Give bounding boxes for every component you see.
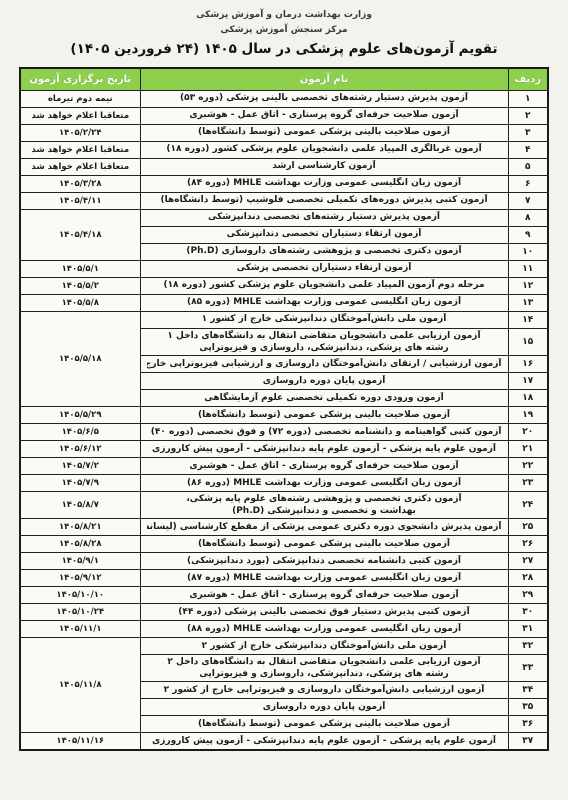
exam-name-cell: آزمون دکتری تخصصی و پژوهشی رشته‌های علوم… <box>140 491 508 518</box>
exam-name-cell: آزمون پذیرش دستیار رشته‌های تخصصی بالینی… <box>140 90 508 107</box>
row-number-cell: ۳۷ <box>508 733 548 750</box>
exam-name-cell: آزمون کارشناسی ارشد <box>140 158 508 175</box>
exam-name-line: آزمون ارزیابی علمی دانشجویان متقاضی انتق… <box>147 330 502 342</box>
exam-name-cell: آزمون پایان دوره داروسازی <box>140 372 508 389</box>
exam-name-line: آزمون صلاحیت بالینی پزشکی عمومی (توسط دا… <box>147 538 502 550</box>
exam-name-cell: آزمون صلاحیت حرفه‌ای گروه پرستاری - اتاق… <box>140 457 508 474</box>
exam-name-line: آزمون زبان انگلیسی عمومی وزارت بهداشت MH… <box>147 296 502 308</box>
row-number-cell: ۲۶ <box>508 536 548 553</box>
document-header: وزارت بهداشت درمان و آموزش پزشکی مرکز سن… <box>0 10 568 57</box>
exam-name-cell: آزمون علوم پایه پزشکی - آزمون علوم پایه … <box>140 733 508 750</box>
exam-name-line: آزمون زبان انگلیسی عمومی وزارت بهداشت MH… <box>147 623 502 635</box>
table-row: ۶آزمون زبان انگلیسی عمومی وزارت بهداشت M… <box>20 175 548 192</box>
table-row: ۲۴آزمون دکتری تخصصی و پژوهشی رشته‌های عل… <box>20 491 548 518</box>
exam-name-line: آزمون پذیرش دانشجوی دوره دکتری عمومی پزش… <box>147 521 502 533</box>
table-row: ۳۷آزمون علوم پایه پزشکی - آزمون علوم پای… <box>20 733 548 750</box>
table-row: ۳۰آزمون کتبی پذیرش دستیار فوق تخصصی بالی… <box>20 604 548 621</box>
table-header-row: ردیف نام آزمون تاریخ برگزاری آزمون <box>20 68 548 90</box>
table-body: ۱آزمون پذیرش دستیار رشته‌های تخصصی بالین… <box>20 90 548 750</box>
exam-date-cell: ۱۴۰۵/۵/۱۸ <box>20 311 140 406</box>
exam-date-cell: ۱۴۰۵/۴/۱۱ <box>20 192 140 209</box>
exam-name-line: آزمون غربالگری المپیاد علمی دانشجویان عل… <box>147 143 502 155</box>
page-title: تقویم آزمون‌های علوم پزشکی در سال ۱۴۰۵ (… <box>0 41 568 57</box>
table-row: ۸آزمون پذیرش دستیار رشته‌های تخصصی دندان… <box>20 209 548 226</box>
exam-name-line: آزمون کتبی گواهینامه و دانشنامه تخصصی (د… <box>147 426 502 438</box>
exam-name-line: آزمون صلاحیت حرفه‌ای گروه پرستاری - اتاق… <box>147 109 502 121</box>
table-row: ۲آزمون صلاحیت حرفه‌ای گروه پرستاری - اتا… <box>20 107 548 124</box>
row-number-cell: ۲۸ <box>508 570 548 587</box>
exam-date-cell: ۱۴۰۵/۱۰/۲۴ <box>20 604 140 621</box>
row-number-cell: ۵ <box>508 158 548 175</box>
exam-name-line: آزمون زبان انگلیسی عمومی وزارت بهداشت MH… <box>147 477 502 489</box>
exam-name-cell: آزمون صلاحیت حرفه‌ای گروه پرستاری - اتاق… <box>140 587 508 604</box>
col-header-row-number: ردیف <box>508 68 548 90</box>
exam-name-cell: آزمون ملی دانش‌آموختگان دندانپزشکی خارج … <box>140 638 508 655</box>
row-number-cell: ۱۶ <box>508 355 548 372</box>
exam-name-line2: رشته های پزشکی، دندانپزشکی، داروسازی و ف… <box>147 668 502 680</box>
exam-date-cell: ۱۴۰۵/۳/۲۸ <box>20 175 140 192</box>
exam-name-cell: آزمون ملی دانش‌آموختگان دندانپزشکی خارج … <box>140 311 508 328</box>
row-number-cell: ۱ <box>508 90 548 107</box>
exam-date-cell: ۱۴۰۵/۶/۱۲ <box>20 440 140 457</box>
table-row: ۱۴آزمون ملی دانش‌آموختگان دندانپزشکی خار… <box>20 311 548 328</box>
table-row: ۱۹آزمون صلاحیت بالینی پزشکی عمومی (توسط … <box>20 406 548 423</box>
exam-name-cell: آزمون ارزشیابی دانش‌آموختگان داروسازی و … <box>140 682 508 699</box>
exam-name-cell: آزمون ورودی دوره تکمیلی تخصصی علوم آزمای… <box>140 389 508 406</box>
row-number-cell: ۱۸ <box>508 389 548 406</box>
row-number-cell: ۲۰ <box>508 423 548 440</box>
exam-name-cell: آزمون زبان انگلیسی عمومی وزارت بهداشت MH… <box>140 474 508 491</box>
table-row: ۳۲آزمون ملی دانش‌آموختگان دندانپزشکی خار… <box>20 638 548 655</box>
exam-date-cell: متعاقبا اعلام خواهد شد <box>20 107 140 124</box>
exam-name-cell: آزمون کتبی پذیرش دوره‌های تکمیلی تخصصی ف… <box>140 192 508 209</box>
exam-calendar-table: ردیف نام آزمون تاریخ برگزاری آزمون ۱آزمو… <box>19 67 549 751</box>
exam-name-line2: رشته های پزشکی، دندانپزشکی، داروسازی و ف… <box>147 342 502 354</box>
document-page: وزارت بهداشت درمان و آموزش پزشکی مرکز سن… <box>0 0 568 800</box>
table-row: ۱۱آزمون ارتقاء دستیاران تخصصی پزشکی۱۴۰۵/… <box>20 260 548 277</box>
exam-name-line: آزمون صلاحیت بالینی پزشکی عمومی (توسط دا… <box>147 718 502 730</box>
row-number-cell: ۶ <box>508 175 548 192</box>
exam-name-cell: آزمون پذیرش دانشجوی دوره دکتری عمومی پزش… <box>140 519 508 536</box>
row-number-cell: ۲۲ <box>508 457 548 474</box>
exam-date-cell: ۱۴۰۵/۸/۲۸ <box>20 536 140 553</box>
exam-name-line: آزمون پذیرش دستیار رشته‌های تخصصی دندانپ… <box>147 211 502 223</box>
exam-date-cell: ۱۴۰۵/۵/۱ <box>20 260 140 277</box>
exam-name-line: آزمون ارزشیابی دانش‌آموختگان داروسازی و … <box>147 684 502 696</box>
table-row: ۲۰آزمون کتبی گواهینامه و دانشنامه تخصصی … <box>20 423 548 440</box>
exam-date-cell: ۱۴۰۵/۹/۱ <box>20 553 140 570</box>
col-header-exam-name: نام آزمون <box>140 68 508 90</box>
row-number-cell: ۳۵ <box>508 699 548 716</box>
exam-date-cell: ۱۴۰۵/۱۱/۱۶ <box>20 733 140 750</box>
exam-date-cell: ۱۴۰۵/۵/۲ <box>20 277 140 294</box>
exam-name-line: آزمون کتبی دانشنامه تخصصی دندانپزشکی (بو… <box>147 555 502 567</box>
exam-name-line: آزمون دکتری تخصصی و پژوهشی رشته‌های دارو… <box>147 245 502 257</box>
row-number-cell: ۱۲ <box>508 277 548 294</box>
exam-date-cell: متعاقبا اعلام خواهد شد <box>20 141 140 158</box>
exam-date-cell: ۱۴۰۵/۱۱/۸ <box>20 638 140 733</box>
exam-name-line: آزمون پذیرش دستیار رشته‌های تخصصی بالینی… <box>147 92 502 104</box>
exam-date-cell: ۱۴۰۵/۴/۱۸ <box>20 209 140 260</box>
exam-name-cell: آزمون صلاحیت بالینی پزشکی عمومی (توسط دا… <box>140 124 508 141</box>
row-number-cell: ۲ <box>508 107 548 124</box>
table-row: ۴آزمون غربالگری المپیاد علمی دانشجویان ع… <box>20 141 548 158</box>
row-number-cell: ۳۰ <box>508 604 548 621</box>
exam-date-cell: نیمه دوم تیرماه <box>20 90 140 107</box>
exam-date-cell: ۱۴۰۵/۷/۲ <box>20 457 140 474</box>
exam-name-cell: مرحله دوم آزمون المپیاد علمی دانشجویان ع… <box>140 277 508 294</box>
table-row: ۳آزمون صلاحیت بالینی پزشکی عمومی (توسط د… <box>20 124 548 141</box>
table-row: ۲۱آزمون علوم پایه پزشکی - آزمون علوم پای… <box>20 440 548 457</box>
table-row: ۷آزمون کتبی پذیرش دوره‌های تکمیلی تخصصی … <box>20 192 548 209</box>
exam-name-line: آزمون صلاحیت بالینی پزشکی عمومی (توسط دا… <box>147 126 502 138</box>
exam-name-line: مرحله دوم آزمون المپیاد علمی دانشجویان ع… <box>147 279 502 291</box>
table-row: ۲۶آزمون صلاحیت بالینی پزشکی عمومی (توسط … <box>20 536 548 553</box>
exam-name-line: آزمون ارتقاء دستیاران تخصصی پزشکی <box>147 262 502 274</box>
exam-date-cell: ۱۴۰۵/۲/۲۴ <box>20 124 140 141</box>
exam-name-cell: آزمون ارتقاء دستیاران تخصصی پزشکی <box>140 260 508 277</box>
row-number-cell: ۱۳ <box>508 294 548 311</box>
exam-name-line: آزمون ملی دانش‌آموختگان دندانپزشکی خارج … <box>147 640 502 652</box>
testing-center-name: مرکز سنجش آموزش پزشکی <box>0 25 568 35</box>
exam-date-cell: ۱۴۰۵/۸/۲۱ <box>20 519 140 536</box>
row-number-cell: ۱۱ <box>508 260 548 277</box>
table-row: ۱۳آزمون زبان انگلیسی عمومی وزارت بهداشت … <box>20 294 548 311</box>
exam-name-line: آزمون زبان انگلیسی عمومی وزارت بهداشت MH… <box>147 572 502 584</box>
exam-name-line: آزمون پایان دوره داروسازی <box>147 375 502 387</box>
exam-name-line: آزمون زبان انگلیسی عمومی وزارت بهداشت MH… <box>147 177 502 189</box>
row-number-cell: ۱۵ <box>508 328 548 355</box>
row-number-cell: ۲۹ <box>508 587 548 604</box>
exam-name-cell: آزمون ارزیابی علمی دانشجویان متقاضی انتق… <box>140 655 508 682</box>
table-row: ۳۱آزمون زبان انگلیسی عمومی وزارت بهداشت … <box>20 621 548 638</box>
exam-name-cell: آزمون صلاحیت بالینی پزشکی عمومی (توسط دا… <box>140 536 508 553</box>
exam-name-cell: آزمون دکتری تخصصی و پژوهشی رشته‌های دارو… <box>140 243 508 260</box>
row-number-cell: ۸ <box>508 209 548 226</box>
exam-name-line2: بهداشت و تخصصی و دندانپزشکی (Ph.D) <box>147 505 502 517</box>
row-number-cell: ۱۴ <box>508 311 548 328</box>
row-number-cell: ۲۵ <box>508 519 548 536</box>
table-row: ۲۵آزمون پذیرش دانشجوی دوره دکتری عمومی پ… <box>20 519 548 536</box>
exam-name-cell: آزمون کتبی پذیرش دستیار فوق تخصصی بالینی… <box>140 604 508 621</box>
exam-name-line: آزمون ارزیابی علمی دانشجویان متقاضی انتق… <box>147 656 502 668</box>
row-number-cell: ۴ <box>508 141 548 158</box>
table-row: ۲۲آزمون صلاحیت حرفه‌ای گروه پرستاری - ات… <box>20 457 548 474</box>
exam-name-cell: آزمون ارزشیابی / ارتقای دانش‌آموختگان دا… <box>140 355 508 372</box>
exam-name-cell: آزمون زبان انگلیسی عمومی وزارت بهداشت MH… <box>140 621 508 638</box>
exam-name-line: آزمون صلاحیت بالینی پزشکی عمومی (توسط دا… <box>147 409 502 421</box>
exam-name-line: آزمون صلاحیت حرفه‌ای گروه پرستاری - اتاق… <box>147 460 502 472</box>
exam-name-cell: آزمون پذیرش دستیار رشته‌های تخصصی دندانپ… <box>140 209 508 226</box>
row-number-cell: ۱۰ <box>508 243 548 260</box>
row-number-cell: ۳۳ <box>508 655 548 682</box>
exam-name-line: آزمون ملی دانش‌آموختگان دندانپزشکی خارج … <box>147 313 502 325</box>
row-number-cell: ۳۲ <box>508 638 548 655</box>
table-row: ۱آزمون پذیرش دستیار رشته‌های تخصصی بالین… <box>20 90 548 107</box>
exam-name-cell: آزمون پایان دوره داروسازی <box>140 699 508 716</box>
exam-name-line: آزمون پایان دوره داروسازی <box>147 701 502 713</box>
exam-name-cell: آزمون غربالگری المپیاد علمی دانشجویان عل… <box>140 141 508 158</box>
exam-date-cell: ۱۴۰۵/۱۰/۱۰ <box>20 587 140 604</box>
table-row: ۲۸آزمون زبان انگلیسی عمومی وزارت بهداشت … <box>20 570 548 587</box>
exam-name-cell: آزمون صلاحیت حرفه‌ای گروه پرستاری - اتاق… <box>140 107 508 124</box>
exam-name-cell: آزمون ارتقاء دستیاران تخصصی دندانپزشکی <box>140 226 508 243</box>
exam-name-line: آزمون کتبی پذیرش دوره‌های تکمیلی تخصصی ف… <box>147 194 502 206</box>
exam-name-cell: آزمون کتبی دانشنامه تخصصی دندانپزشکی (بو… <box>140 553 508 570</box>
row-number-cell: ۷ <box>508 192 548 209</box>
row-number-cell: ۲۴ <box>508 491 548 518</box>
table-row: ۵آزمون کارشناسی ارشدمتعاقبا اعلام خواهد … <box>20 158 548 175</box>
exam-name-cell: آزمون صلاحیت بالینی پزشکی عمومی (توسط دا… <box>140 406 508 423</box>
exam-date-cell: ۱۴۰۵/۵/۲۹ <box>20 406 140 423</box>
exam-date-cell: ۱۴۰۵/۷/۹ <box>20 474 140 491</box>
exam-date-cell: ۱۴۰۵/۸/۷ <box>20 491 140 518</box>
exam-name-cell: آزمون صلاحیت بالینی پزشکی عمومی (توسط دا… <box>140 716 508 733</box>
table-row: ۲۳آزمون زبان انگلیسی عمومی وزارت بهداشت … <box>20 474 548 491</box>
exam-name-line: آزمون کتبی پذیرش دستیار فوق تخصصی بالینی… <box>147 606 502 618</box>
exam-name-line: آزمون صلاحیت حرفه‌ای گروه پرستاری - اتاق… <box>147 589 502 601</box>
exam-name-cell: آزمون ارزیابی علمی دانشجویان متقاضی انتق… <box>140 328 508 355</box>
table-row: ۲۷آزمون کتبی دانشنامه تخصصی دندانپزشکی (… <box>20 553 548 570</box>
exam-name-cell: آزمون زبان انگلیسی عمومی وزارت بهداشت MH… <box>140 294 508 311</box>
row-number-cell: ۱۹ <box>508 406 548 423</box>
row-number-cell: ۱۷ <box>508 372 548 389</box>
row-number-cell: ۲۷ <box>508 553 548 570</box>
exam-date-cell: ۱۴۰۵/۵/۸ <box>20 294 140 311</box>
row-number-cell: ۳ <box>508 124 548 141</box>
row-number-cell: ۲۳ <box>508 474 548 491</box>
ministry-name: وزارت بهداشت درمان و آموزش پزشکی <box>0 10 568 20</box>
row-number-cell: ۳۴ <box>508 682 548 699</box>
exam-name-line: آزمون کارشناسی ارشد <box>147 160 502 172</box>
exam-date-cell: ۱۴۰۵/۱۱/۱ <box>20 621 140 638</box>
row-number-cell: ۹ <box>508 226 548 243</box>
exam-name-cell: آزمون زبان انگلیسی عمومی وزارت بهداشت MH… <box>140 175 508 192</box>
col-header-exam-date: تاریخ برگزاری آزمون <box>20 68 140 90</box>
table-row: ۱۲مرحله دوم آزمون المپیاد علمی دانشجویان… <box>20 277 548 294</box>
table-row: ۲۹آزمون صلاحیت حرفه‌ای گروه پرستاری - ات… <box>20 587 548 604</box>
exam-name-line: آزمون ارتقاء دستیاران تخصصی دندانپزشکی <box>147 228 502 240</box>
exam-name-line: آزمون ارزشیابی / ارتقای دانش‌آموختگان دا… <box>147 358 502 370</box>
exam-name-line: آزمون علوم پایه پزشکی - آزمون علوم پایه … <box>147 735 502 747</box>
exam-name-cell: آزمون زبان انگلیسی عمومی وزارت بهداشت MH… <box>140 570 508 587</box>
exam-name-cell: آزمون کتبی گواهینامه و دانشنامه تخصصی (د… <box>140 423 508 440</box>
exam-name-line: آزمون ورودی دوره تکمیلی تخصصی علوم آزمای… <box>147 392 502 404</box>
exam-date-cell: ۱۴۰۵/۹/۱۲ <box>20 570 140 587</box>
row-number-cell: ۲۱ <box>508 440 548 457</box>
exam-name-cell: آزمون علوم پایه پزشکی - آزمون علوم پایه … <box>140 440 508 457</box>
exam-date-cell: متعاقبا اعلام خواهد شد <box>20 158 140 175</box>
row-number-cell: ۳۶ <box>508 716 548 733</box>
exam-date-cell: ۱۴۰۵/۶/۵ <box>20 423 140 440</box>
row-number-cell: ۳۱ <box>508 621 548 638</box>
exam-name-line: آزمون علوم پایه پزشکی - آزمون علوم پایه … <box>147 443 502 455</box>
exam-name-line: آزمون دکتری تخصصی و پژوهشی رشته‌های علوم… <box>147 493 502 505</box>
